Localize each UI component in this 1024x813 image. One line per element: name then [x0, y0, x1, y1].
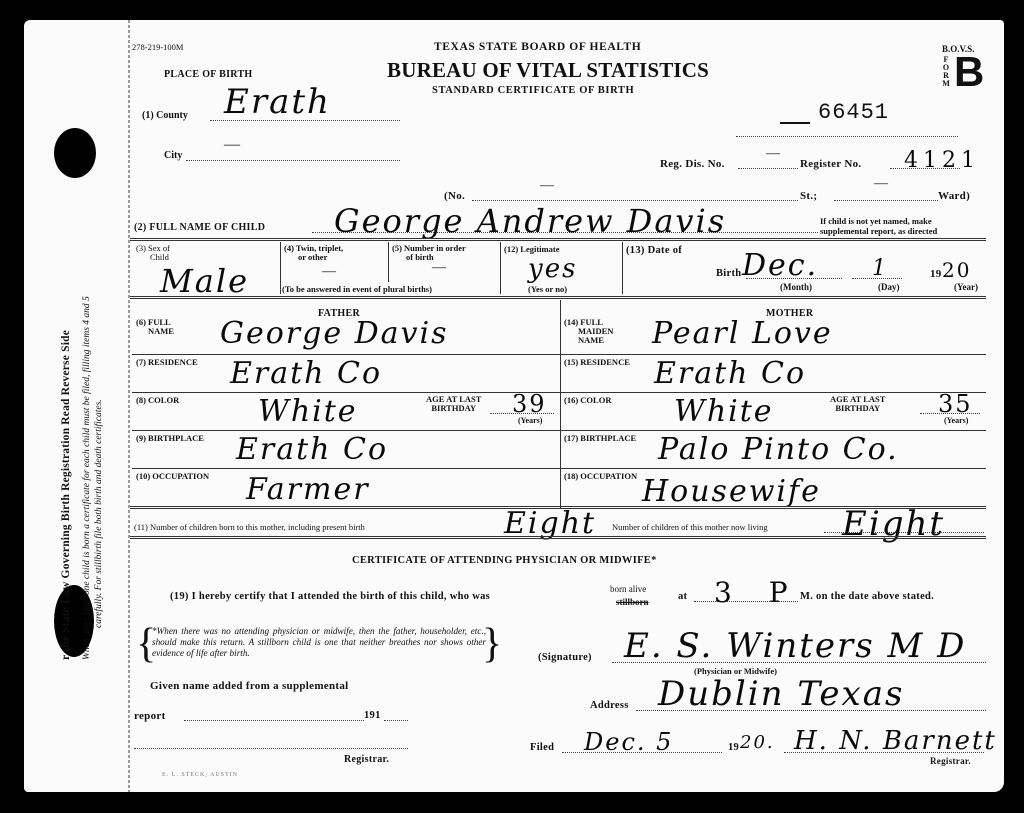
mother-occupation-label: (18) OCCUPATION — [564, 471, 637, 481]
father-color-label: (8) COLOR — [136, 395, 179, 405]
father-birthplace-value: Erath Co — [236, 432, 388, 467]
mother-birthplace-label: (17) BIRTHPLACE — [564, 433, 636, 443]
birth-day-value: 1 — [872, 256, 888, 281]
children-born-label: (11) Number of children born to this mot… — [134, 522, 365, 532]
twin-label: (4) Twin, triplet, or other — [284, 244, 343, 262]
father-color-value: White — [258, 394, 358, 429]
mother-color-value: White — [674, 394, 774, 429]
place-of-birth-heading: PLACE OF BIRTH — [164, 69, 253, 80]
date-of-birth-label: (13) Date of — [626, 245, 682, 256]
physician-signature: E. S. Winters M D — [624, 626, 966, 666]
father-residence-label: (7) RESIDENCE — [136, 357, 198, 367]
twin-value: — — [322, 264, 336, 280]
signature-label: (Signature) — [538, 652, 592, 663]
born-alive-option: born alive — [610, 584, 646, 594]
footnote-brace-right: } — [482, 623, 502, 665]
county-label: (1) County — [142, 110, 188, 121]
child-name-label: (2) FULL NAME OF CHILD — [134, 222, 265, 233]
sex-value: Male — [160, 262, 249, 300]
mother-age-label: AGE AT LAST BIRTHDAY — [830, 395, 885, 413]
time-of-birth-value: 3 P — [714, 576, 802, 609]
mother-occupation-value: Housewife — [642, 474, 821, 509]
city-label: City — [164, 150, 182, 161]
form-vertical-label: F O R M — [942, 56, 950, 88]
plural-births-note: (To be answered in event of plural birth… — [282, 284, 432, 294]
filing-registrar-label: Registrar. — [930, 756, 971, 766]
side-instruction-line-1: When more than one child is born a certi… — [82, 296, 92, 660]
address-label: Address — [590, 700, 629, 711]
supplemental-registrar-label: Registrar. — [344, 754, 389, 765]
filed-year-prefix: 19 — [728, 742, 739, 753]
birth-certificate: r the State Law Governing Birth Registra… — [24, 20, 1004, 792]
children-living-label: Number of children of this mother now li… — [612, 522, 768, 532]
order-value: — — [432, 260, 446, 276]
mother-age-hint: (Years) — [944, 416, 968, 425]
no-value: — — [540, 178, 554, 194]
filed-label: Filed — [530, 742, 554, 753]
reg-dis-label: Reg. Dis. No. — [660, 158, 725, 170]
certificate-type-title: STANDARD CERTIFICATE OF BIRTH — [432, 85, 634, 96]
legitimate-value: yes — [528, 254, 577, 284]
certify-statement: (19) I hereby certify that I attended th… — [170, 591, 490, 602]
father-name-value: George Davis — [220, 316, 449, 351]
birth-year-value: 20 — [942, 258, 971, 282]
reg-dis-value: — — [766, 146, 780, 162]
filed-year-value: 20. — [740, 732, 775, 753]
side-instruction-line-2: carefully. For stillbirth file both birt… — [94, 399, 104, 628]
mother-name-value: Pearl Love — [652, 316, 833, 351]
city-value: — — [224, 136, 240, 154]
bureau-title: BUREAU OF VITAL STATISTICS — [387, 58, 709, 83]
father-occupation-value: Farmer — [246, 472, 370, 507]
month-hint: (Month) — [780, 282, 812, 292]
mother-name-label: (14) FULL MAIDEN NAME — [564, 318, 613, 345]
form-letter: B — [954, 52, 984, 92]
at-label: at — [678, 591, 687, 602]
physician-address: Dublin Texas — [658, 674, 904, 714]
punch-hole-top — [54, 128, 96, 178]
mother-birthplace-value: Palo Pinto Co. — [658, 432, 899, 467]
year-hint: (Year) — [954, 282, 978, 292]
supplemental-label: Given name added from a supplemental — [150, 680, 349, 692]
filed-date: Dec. 5 — [584, 728, 673, 756]
day-hint: (Day) — [878, 282, 900, 292]
side-instruction-title: r the State Law Governing Birth Registra… — [60, 330, 72, 660]
no-label: (No. — [444, 190, 465, 202]
child-name-value: George Andrew Davis — [334, 202, 726, 240]
form-code: 278-219-100M — [132, 42, 183, 52]
street-value: — — [874, 176, 888, 192]
mother-color-label: (16) COLOR — [564, 395, 611, 405]
printer-mark: E. L. STECK, AUSTIN — [162, 772, 238, 778]
street-label: St.; — [800, 190, 817, 202]
father-age-label: AGE AT LAST BIRTHDAY — [426, 395, 481, 413]
report-year-prefix: 191 — [364, 710, 381, 721]
county-value: Erath — [224, 82, 331, 122]
physician-heading: CERTIFICATE OF ATTENDING PHYSICIAN OR MI… — [352, 555, 657, 566]
legitimate-label: (12) Legitimate — [504, 244, 559, 254]
father-name-label: (6) FULL NAME — [136, 318, 174, 336]
father-birthplace-label: (9) BIRTHPLACE — [136, 433, 204, 443]
mother-residence-value: Erath Co — [654, 356, 806, 391]
father-age-hint: (Years) — [518, 416, 542, 425]
register-value: 4121 — [904, 148, 980, 173]
time-suffix: M. on the date above stated. — [800, 591, 934, 602]
certificate-number: 66451 — [818, 100, 889, 125]
father-occupation-label: (10) OCCUPATION — [136, 471, 209, 481]
sex-label: (3) Sex of Child — [136, 244, 170, 262]
legitimate-hint: (Yes or no) — [528, 284, 567, 294]
report-label: report — [134, 710, 166, 722]
perforation-line — [128, 20, 130, 792]
birth-month-value: Dec. — [742, 248, 818, 283]
footnote-text: *When there was no attending physician o… — [152, 626, 486, 659]
not-named-note: If child is not yet named, make suppleme… — [820, 216, 937, 236]
father-age-value: 39 — [512, 390, 547, 418]
mother-residence-label: (15) RESIDENCE — [564, 357, 630, 367]
registrar-signature: H. N. Barnett — [794, 726, 997, 756]
stillborn-option: stillborn — [616, 597, 649, 607]
father-residence-value: Erath Co — [230, 356, 382, 391]
order-label: (5) Number in order of birth — [392, 244, 466, 262]
birth-label: Birth — [716, 268, 741, 279]
board-title: TEXAS STATE BOARD OF HEALTH — [434, 41, 641, 53]
register-label: Register No. — [800, 158, 861, 170]
ward-label: Ward) — [938, 190, 970, 202]
birth-year-prefix: 19 — [930, 268, 942, 280]
mother-age-value: 35 — [938, 390, 973, 418]
